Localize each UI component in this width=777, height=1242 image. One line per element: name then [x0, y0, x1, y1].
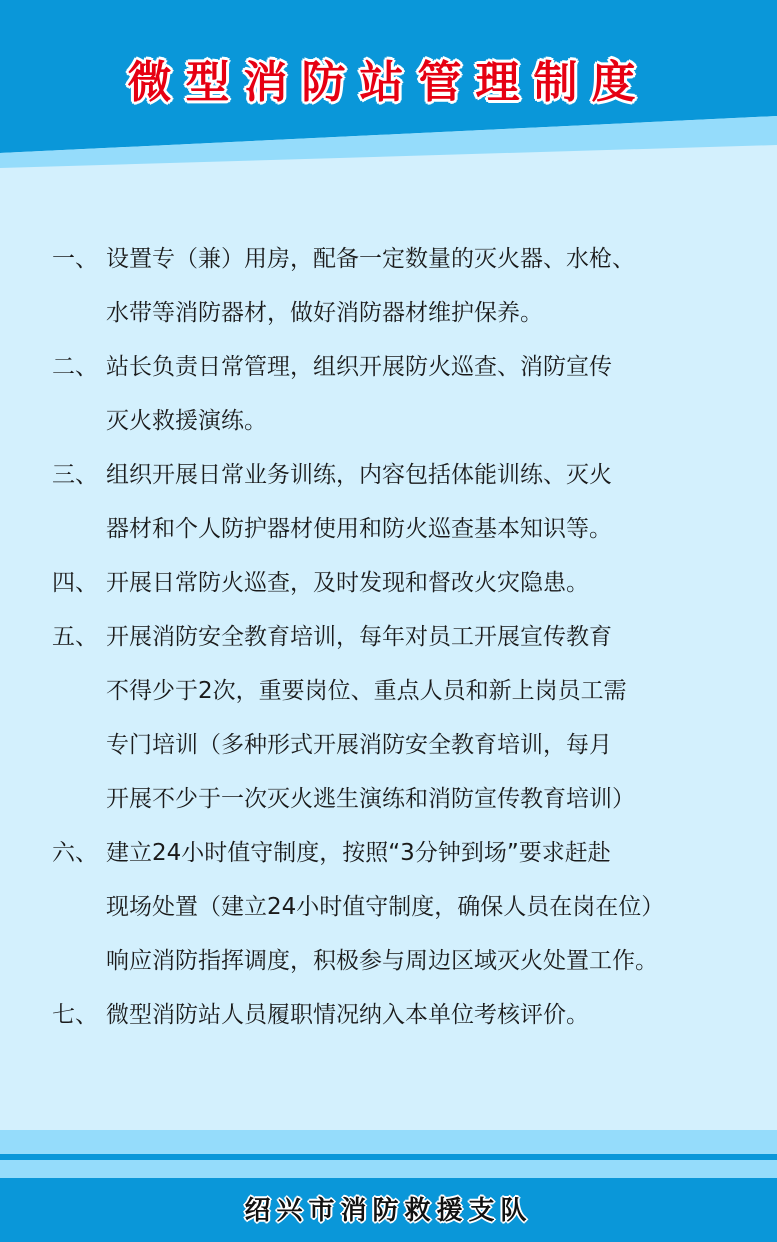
- header-band: [0, 0, 777, 230]
- rule-text-line: 设置专（兼）用房，配备一定数量的灭火器、水枪、: [106, 232, 762, 286]
- rule-item-4: 四、 开展日常防火巡查，及时发现和督改火灾隐患。: [52, 556, 762, 610]
- rule-item-7: 七、 微型消防站人员履职情况纳入本单位考核评价。: [52, 988, 762, 1042]
- rule-text-line: 现场处置（建立24小时值守制度，确保人员在岗在位）: [106, 880, 762, 934]
- footer-stripe: [0, 1160, 777, 1178]
- rule-item-2: 二、 站长负责日常管理，组织开展防火巡查、消防宣传 灭火救援演练。: [52, 340, 762, 448]
- rule-number: 三、: [52, 448, 106, 556]
- rule-text-line: 开展消防安全教育培训，每年对员工开展宣传教育: [106, 610, 762, 664]
- rules-list: 一、 设置专（兼）用房，配备一定数量的灭火器、水枪、 水带等消防器材，做好消防器…: [52, 232, 762, 1042]
- rule-number: 七、: [52, 988, 106, 1042]
- rule-text-line: 站长负责日常管理，组织开展防火巡查、消防宣传: [106, 340, 762, 394]
- rule-text-line: 器材和个人防护器材使用和防火巡查基本知识等。: [106, 502, 762, 556]
- rule-number: 一、: [52, 232, 106, 340]
- footer-stripe: [0, 1130, 777, 1154]
- rule-text-line: 开展日常防火巡查，及时发现和督改火灾隐患。: [106, 556, 762, 610]
- rule-item-1: 一、 设置专（兼）用房，配备一定数量的灭火器、水枪、 水带等消防器材，做好消防器…: [52, 232, 762, 340]
- page-title: 微型消防站管理制度: [0, 46, 777, 110]
- footer-bar: 绍兴市消防救援支队: [0, 1178, 777, 1242]
- rule-number: 二、: [52, 340, 106, 448]
- rule-text-line: 灭火救援演练。: [106, 394, 762, 448]
- rule-item-6: 六、 建立24小时值守制度，按照“3分钟到场”要求赶赴 现场处置（建立24小时值…: [52, 826, 762, 988]
- rule-item-3: 三、 组织开展日常业务训练，内容包括体能训练、灭火 器材和个人防护器材使用和防火…: [52, 448, 762, 556]
- rule-number: 五、: [52, 610, 106, 826]
- issuing-organization: 绍兴市消防救援支队: [0, 1190, 777, 1227]
- rule-text-line: 不得少于2次，重要岗位、重点人员和新上岗员工需: [106, 664, 762, 718]
- rule-text-line: 响应消防指挥调度，积极参与周边区域灭火处置工作。: [106, 934, 762, 988]
- rule-text-line: 开展不少于一次灭火逃生演练和消防宣传教育培训）: [106, 772, 762, 826]
- rule-number: 六、: [52, 826, 106, 988]
- rule-text-line: 微型消防站人员履职情况纳入本单位考核评价。: [106, 988, 762, 1042]
- header-wave-decoration: [0, 0, 777, 230]
- footer-band: 绍兴市消防救援支队: [0, 1130, 777, 1242]
- rule-item-5: 五、 开展消防安全教育培训，每年对员工开展宣传教育 不得少于2次，重要岗位、重点…: [52, 610, 762, 826]
- rule-number: 四、: [52, 556, 106, 610]
- rule-text-line: 组织开展日常业务训练，内容包括体能训练、灭火: [106, 448, 762, 502]
- rule-text-line: 专门培训（多种形式开展消防安全教育培训，每月: [106, 718, 762, 772]
- rule-text-line: 水带等消防器材，做好消防器材维护保养。: [106, 286, 762, 340]
- rule-text-line: 建立24小时值守制度，按照“3分钟到场”要求赶赴: [106, 826, 762, 880]
